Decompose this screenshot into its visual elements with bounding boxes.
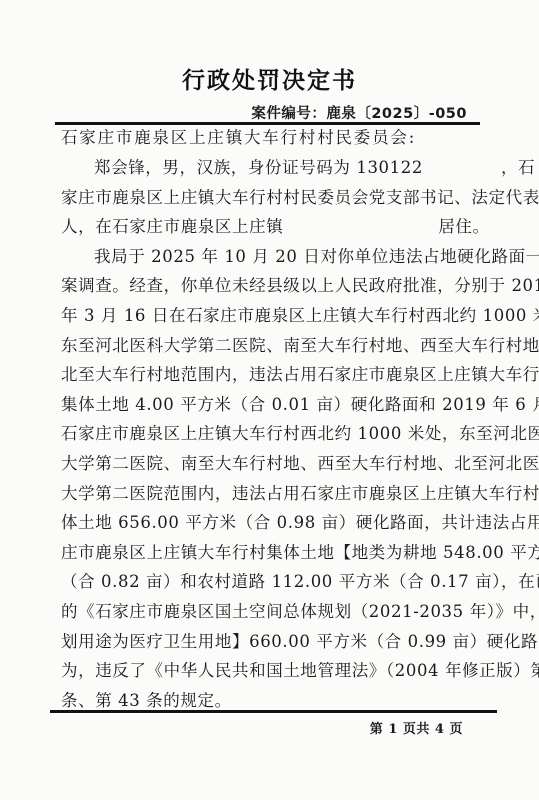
party-info-line-2: 家庄市鹿泉区上庄镇大车行村村民委员会党支部书记、法定代表 [61,183,474,213]
recipient: 石家庄市鹿泉区上庄镇大车行村村民委员会: [61,126,416,150]
facts-line: 大学第二医院范围内，违法占用石家庄市鹿泉区上庄镇大车行村集 [61,479,474,509]
facts-line: 石家庄市鹿泉区上庄镇大车行村西北约 1000 米处，东至河北医科 [61,419,474,449]
header-divider [55,122,480,125]
document-title: 行政处罚决定书 [0,62,539,95]
facts-line: 年 3 月 16 日在石家庄市鹿泉区上庄镇大车行村西北约 1000 米处， [61,301,474,331]
facts-line: 的《石家庄市鹿泉区国土空间总体规划（2021-2035 年）》中，规 [61,597,474,627]
facts-line: 我局于 2025 年 10 月 20 日对你单位违法占地硬化路面一案立 [61,242,474,272]
facts-line: 北至大车行村地范围内，违法占用石家庄市鹿泉区上庄镇大车行村 [61,360,474,390]
party-info-line-3: 人，在石家庄市鹿泉区上庄镇居住。 [61,212,474,242]
footer-divider [50,710,497,713]
facts-line: 集体土地 4.00 平方米（合 0.01 亩）硬化路面和 2019 年 6 月 … [61,390,474,420]
facts-line: 体土地 656.00 平方米（合 0.98 亩）硬化路面，共计违法占用石家 [61,508,474,538]
document-page: 行政处罚决定书 案件编号：鹿泉〔2025〕-050 石家庄市鹿泉区上庄镇大车行村… [0,0,539,800]
party-info-text: 居住。 [438,217,489,236]
facts-line: 为，违反了《中华人民共和国土地管理法》（2004 年修正版）第 2 [61,656,474,686]
facts-line: 庄市鹿泉区上庄镇大车行村集体土地【地类为耕地 548.00 平方米 [61,538,474,568]
case-number: 案件编号：鹿泉〔2025〕-050 [251,102,467,123]
party-info-text: 郑会锋，男，汉族，身份证号码为 130122 [94,158,423,177]
facts-line: 案调查。经查，你单位未经县级以上人民政府批准，分别于 2013 [61,271,474,301]
facts-line: 大学第二医院、南至大车行村地、西至大车行村地、北至河北医科 [61,449,474,479]
page-number: 第 1 页共 4 页 [370,718,463,737]
facts-line: （合 0.82 亩）和农村道路 112.00 平方米（合 0.17 亩），在已批… [61,567,474,597]
party-info-line-1: 郑会锋，男，汉族，身份证号码为 130122，石 [61,153,474,183]
party-info-text: ，石 [501,158,535,177]
party-info-text: 人，在石家庄市鹿泉区上庄镇 [61,217,283,236]
facts-line: 东至河北医科大学第二医院、南至大车行村地、西至大车行村地、 [61,331,474,361]
facts-line: 划用途为医疗卫生用地】660.00 平方米（合 0.99 亩）硬化路面的行 [61,627,474,657]
decision-body: 郑会锋，男，汉族，身份证号码为 130122，石 家庄市鹿泉区上庄镇大车行村村民… [61,153,474,715]
